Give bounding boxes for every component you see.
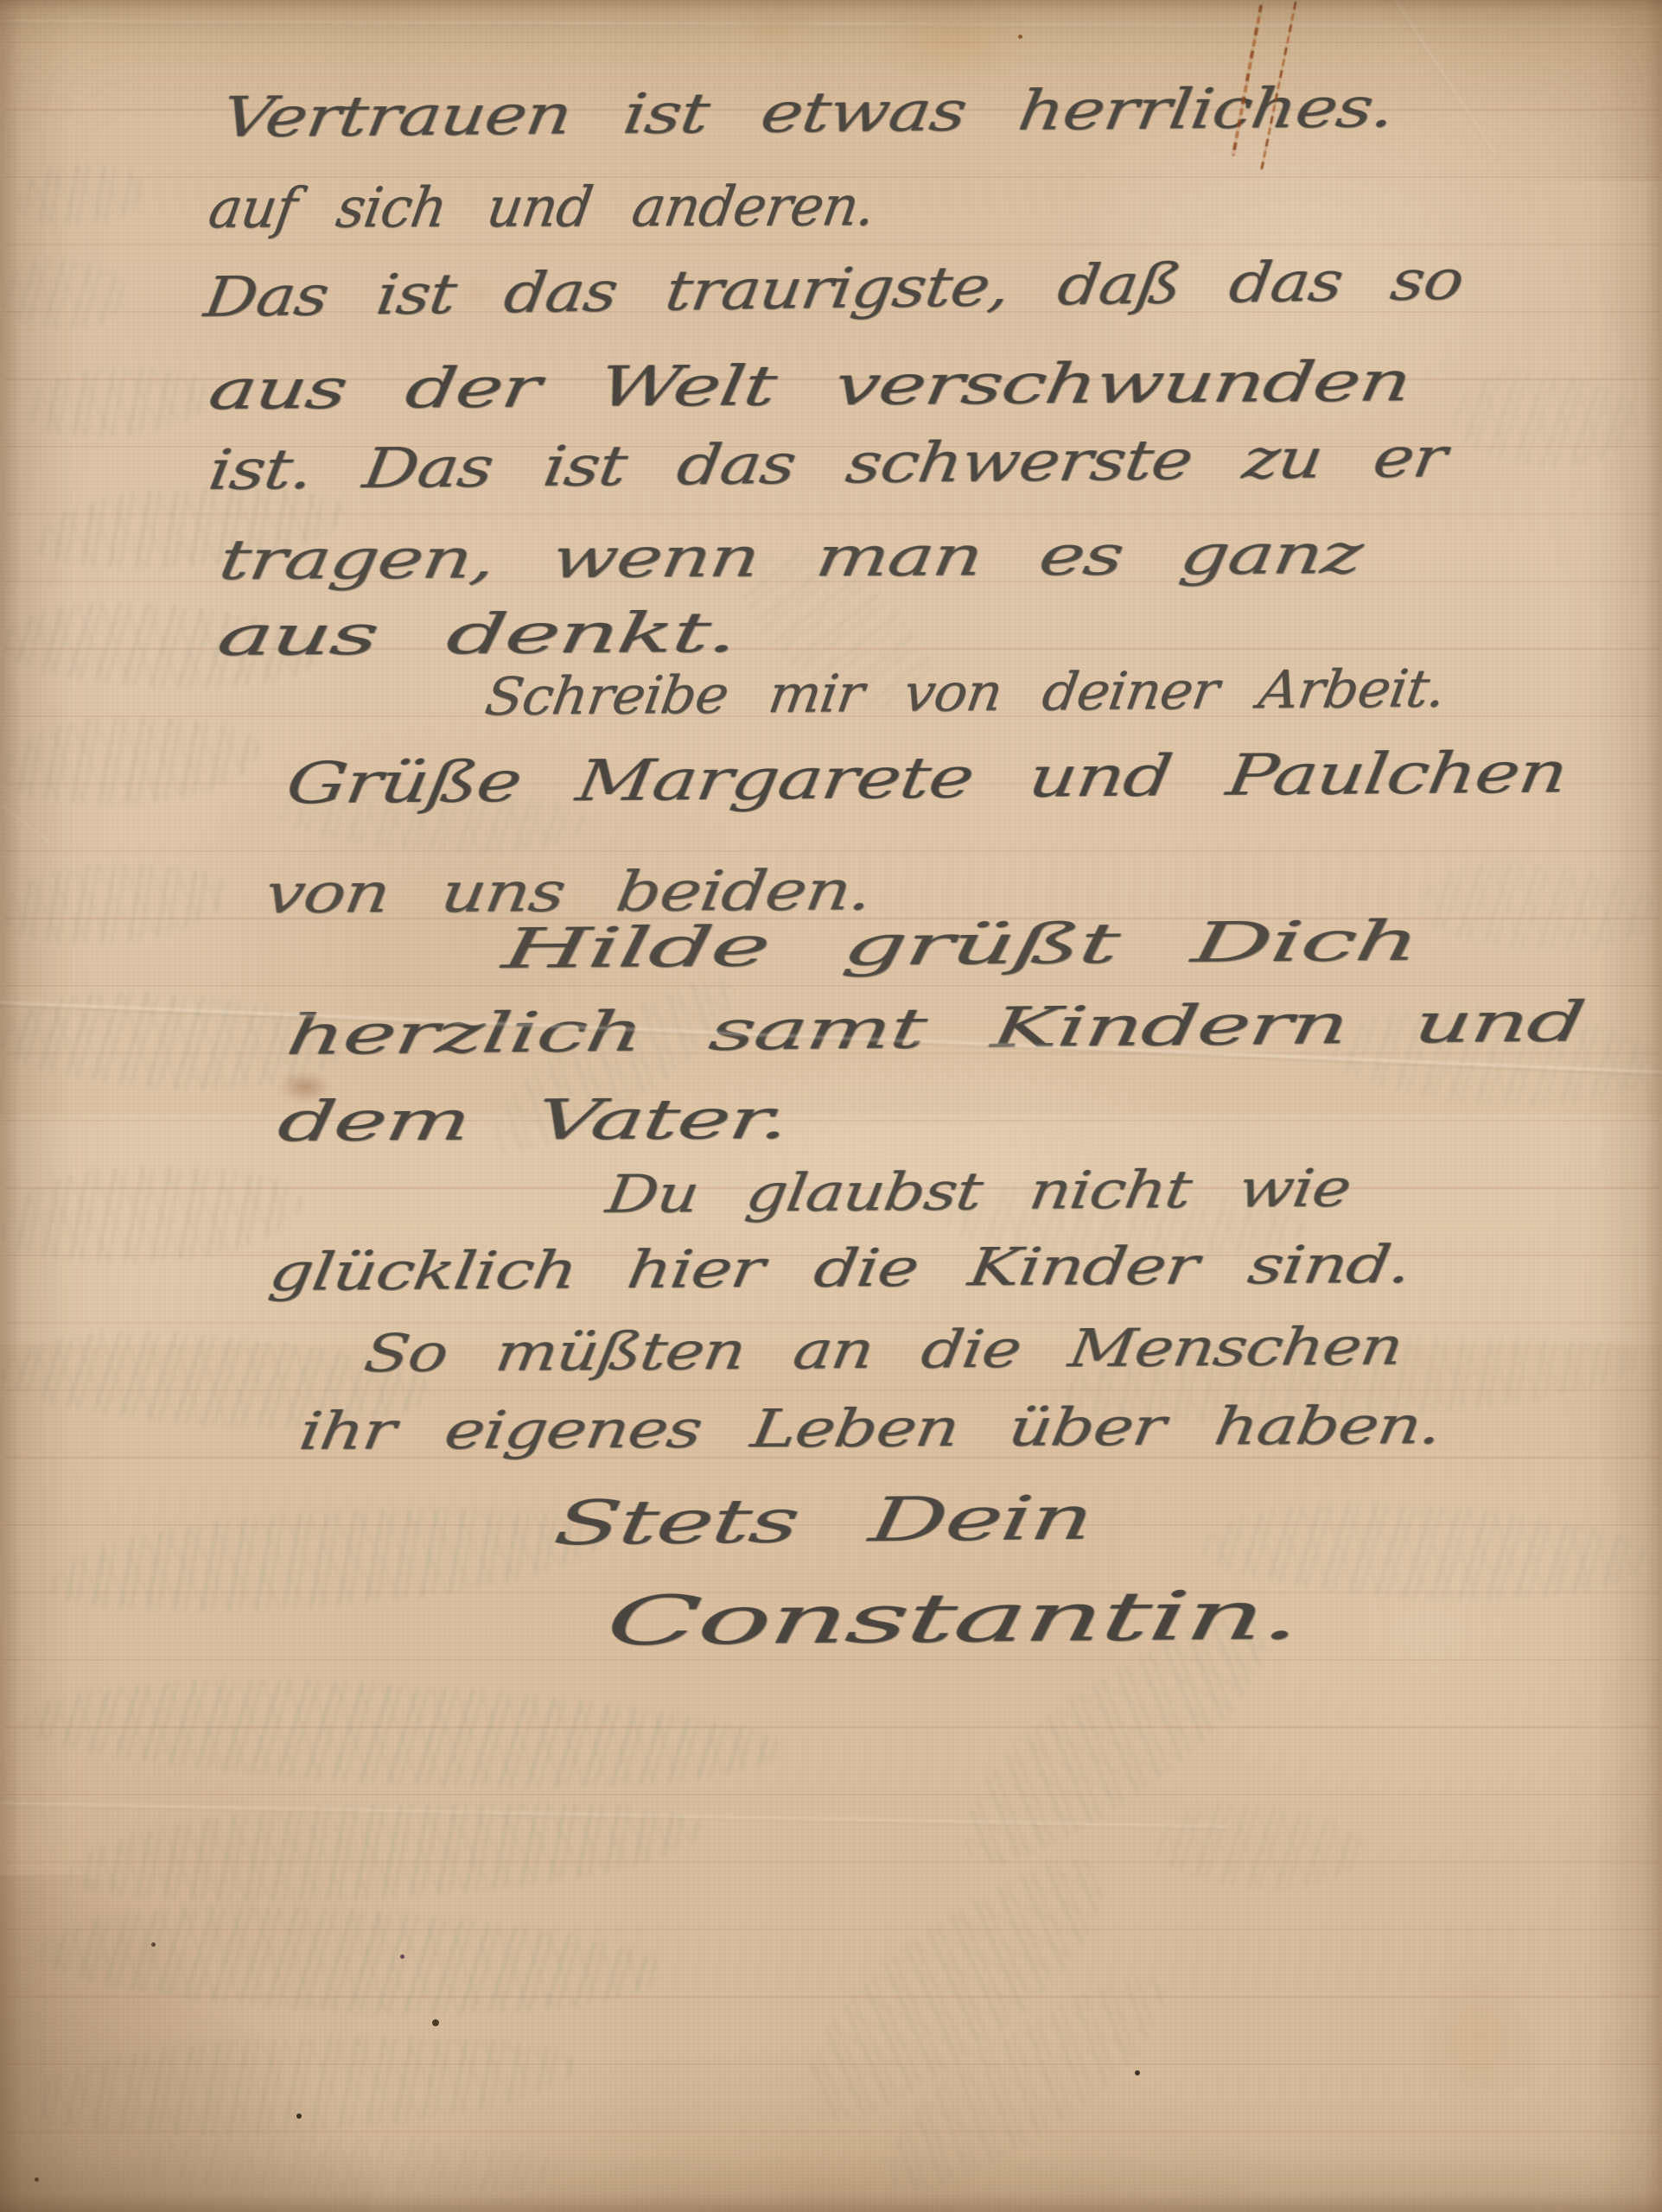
bleed-through-line (0, 710, 261, 810)
handwriting-line: Schreibe mir von deiner Arbeit. (481, 658, 1449, 728)
handwriting-line: Constantin. (602, 1577, 1306, 1661)
handwriting-line: ist. Das ist das schwerste zu er (205, 426, 1450, 503)
ruled-line (5, 244, 1660, 245)
ruled-line (5, 1389, 1660, 1391)
dirt-speck (1135, 2070, 1140, 2075)
ruled-line (5, 1592, 1660, 1593)
ruled-line (5, 1659, 1660, 1661)
fold-crease (0, 804, 50, 844)
ruled-line (5, 446, 1660, 448)
ruled-line (5, 1794, 1660, 1796)
rust-streak (1260, 2, 1296, 170)
bleed-through-line (859, 1947, 1193, 2212)
bleed-through-line (24, 362, 213, 441)
bleed-through-line (0, 256, 131, 332)
handwriting-line: Vertrauen ist etwas herrliches. (218, 76, 1398, 150)
handwriting-line: Grüße Margarete und Paulchen (283, 739, 1571, 817)
ruled-line (5, 918, 1660, 919)
bleed-through-line (45, 1492, 612, 1624)
dirt-speck (1018, 35, 1022, 39)
handwriting-line: Hilde grüßt Dich (499, 910, 1423, 982)
ruled-line (5, 1052, 1660, 1054)
bleed-through-line (770, 1824, 1140, 2152)
bleed-through-line (275, 772, 590, 862)
paper-stain (463, 283, 487, 302)
bleed-through-line (1200, 1493, 1653, 1610)
paper-stain (882, 0, 1028, 82)
ruled-line (5, 581, 1660, 582)
paper-stain (740, 5, 809, 54)
ruled-line (5, 1861, 1660, 1863)
handwriting-line: von uns beiden. (261, 859, 876, 926)
ruled-line (5, 850, 1660, 852)
bleed-through-line (1328, 998, 1662, 1116)
handwriting-line: aus der Welt verschwunden (205, 350, 1415, 423)
bleed-through-line (16, 160, 150, 229)
dirt-speck (400, 1955, 404, 1959)
ruled-line (5, 513, 1660, 515)
ruled-line (5, 1524, 1660, 1526)
fold-flattened-band (0, 1115, 1662, 1344)
handwriting-line: aus denkt. (213, 601, 742, 669)
bleed-through-line (0, 596, 330, 696)
ruled-line (5, 715, 1660, 717)
handwriting-line: herzlich samt Kindern und (283, 990, 1589, 1068)
ruled-line (5, 783, 1660, 785)
fold-crease (0, 1801, 1227, 1830)
handwriting-line: auf sich und anderen. (205, 175, 880, 241)
bleed-through-line (1415, 855, 1662, 958)
fold-crease (0, 1000, 1662, 1077)
handwriting-line: Das ist das traurigste, daß das so (201, 249, 1468, 330)
paper-stain (1417, 1961, 1538, 2108)
rust-streak (1232, 4, 1263, 156)
handwriting-line: tragen, wenn man es ganz (215, 523, 1366, 593)
ruled-line (5, 1457, 1660, 1459)
bleed-through-line (20, 1665, 785, 1804)
bottom-left-corner-shadow (0, 1875, 372, 2212)
bleed-through-line (0, 856, 232, 950)
bleed-through-line (32, 478, 347, 577)
bleed-through-line (930, 1583, 1299, 1896)
ruled-line (5, 311, 1660, 313)
ruled-line (5, 985, 1660, 987)
bleed-through-line (1449, 364, 1642, 474)
ruled-line (5, 648, 1660, 650)
bleed-through-line (718, 520, 958, 741)
letter-scan-page: Vertrauen ist etwas herrliches.auf sich … (0, 0, 1662, 2212)
bleed-through-line (0, 985, 348, 1098)
ruled-line (5, 1726, 1660, 1728)
dirt-speck (432, 2019, 439, 2026)
ruled-line (5, 378, 1660, 380)
bleed-through-line (1151, 1799, 1368, 1896)
handwriting-line: Stets Dein (550, 1482, 1097, 1559)
handwriting-line: ihr eigenes Leben über haben. (296, 1395, 1445, 1462)
rust-smudge (278, 1071, 332, 1103)
top-right-corner-shadow (1377, 0, 1662, 181)
